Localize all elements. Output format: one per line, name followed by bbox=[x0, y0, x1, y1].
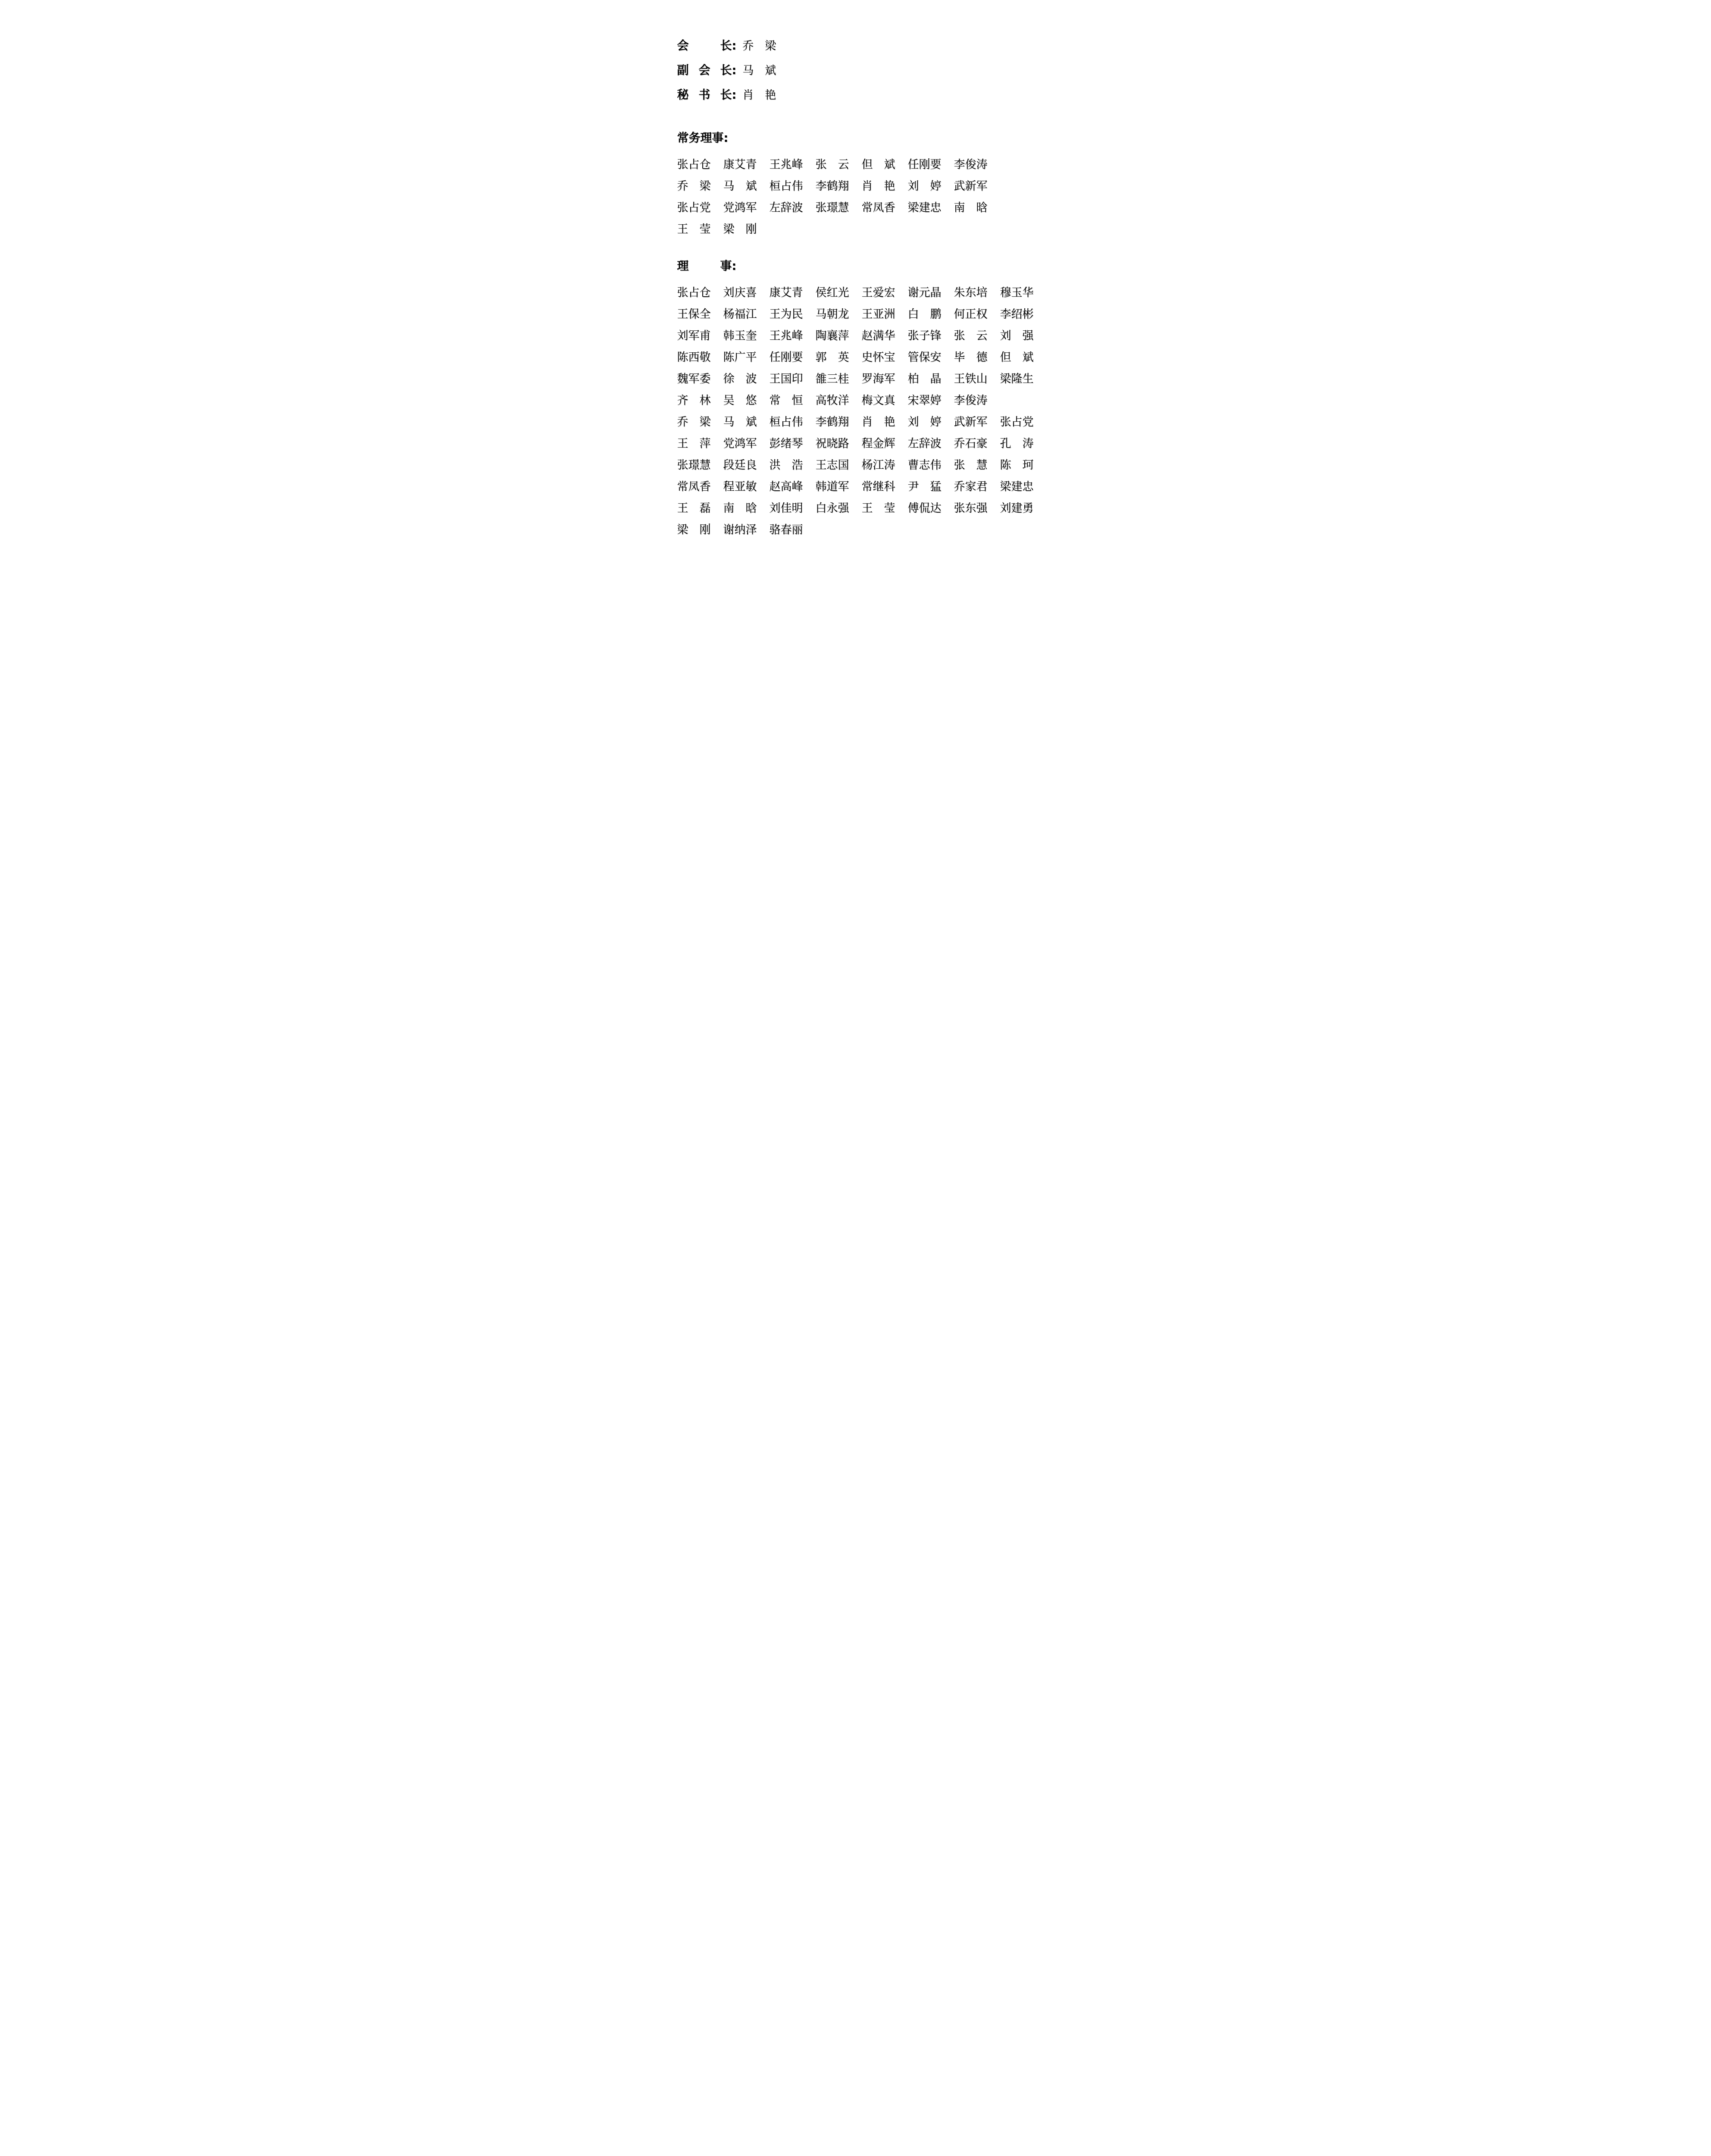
person-name: 徐 波 bbox=[723, 368, 757, 390]
person-name: 王 莹 bbox=[677, 219, 711, 240]
person-name: 张璟慧 bbox=[677, 454, 711, 476]
person-name: 穆玉华 bbox=[1000, 282, 1034, 304]
person-name: 武新军 bbox=[954, 411, 988, 433]
person-name: 齐 林 bbox=[677, 390, 711, 411]
heading-colon: : bbox=[732, 260, 736, 273]
standing-directors-section: 常务理事: 张占仓康艾青王兆峰张 云但 斌任刚要李俊涛乔 梁马 斌桓占伟李鹤翔肖… bbox=[677, 132, 1035, 240]
name-row: 齐 林吴 悠常 恒高牧洋梅文真宋翠婷李俊涛 bbox=[677, 390, 1035, 411]
person-name: 陈 珂 bbox=[1000, 454, 1034, 476]
person-name: 史怀宝 bbox=[862, 347, 895, 368]
person-name: 张璟慧 bbox=[816, 197, 849, 219]
person-name: 李俊涛 bbox=[954, 390, 988, 411]
person-name: 白 鹏 bbox=[908, 304, 942, 325]
name-row: 乔 梁马 斌桓占伟李鹤翔肖 艳刘 婷武新军张占党 bbox=[677, 411, 1035, 433]
person-name: 杨江涛 bbox=[862, 454, 895, 476]
person-name: 马 斌 bbox=[723, 175, 757, 197]
person-name: 武新军 bbox=[954, 175, 988, 197]
person-name: 王 萍 bbox=[677, 433, 711, 454]
person-name: 王爱宏 bbox=[862, 282, 895, 304]
person-name: 刘佳明 bbox=[769, 498, 803, 519]
officer-name: 马 斌 bbox=[742, 64, 776, 77]
person-name: 雒三桂 bbox=[816, 368, 849, 390]
person-name: 赵高峰 bbox=[769, 476, 803, 498]
person-name: 张占仓 bbox=[677, 282, 711, 304]
membership-roster-document: 会长:乔 梁 副会长:马 斌 秘书长:肖 艳 常务理事: 张占仓康艾青王兆峰张 … bbox=[642, 0, 1070, 605]
person-name: 党鸿军 bbox=[723, 197, 757, 219]
person-name: 张 云 bbox=[954, 325, 988, 347]
person-name: 刘军甫 bbox=[677, 325, 711, 347]
person-name: 张占党 bbox=[1000, 411, 1034, 433]
person-name: 任刚要 bbox=[769, 347, 803, 368]
person-name: 党鸿军 bbox=[723, 433, 757, 454]
name-row: 陈西敬陈广平任刚要郭 英史怀宝管保安毕 德但 斌 bbox=[677, 347, 1035, 368]
person-name: 祝晓路 bbox=[816, 433, 849, 454]
person-name: 刘庆喜 bbox=[723, 282, 757, 304]
officer-colon: : bbox=[732, 64, 736, 77]
officers-block: 会长:乔 梁 副会长:马 斌 秘书长:肖 艳 bbox=[677, 34, 1035, 108]
person-name: 孔 涛 bbox=[1000, 433, 1034, 454]
person-name: 程亚敏 bbox=[723, 476, 757, 498]
person-name: 马朝龙 bbox=[816, 304, 849, 325]
person-name: 曹志伟 bbox=[908, 454, 942, 476]
person-name: 刘建勇 bbox=[1000, 498, 1034, 519]
person-name: 刘 婷 bbox=[908, 411, 942, 433]
person-name: 常凤香 bbox=[862, 197, 895, 219]
person-name: 段廷良 bbox=[723, 454, 757, 476]
person-name: 张东强 bbox=[954, 498, 988, 519]
person-name: 张 云 bbox=[816, 154, 849, 175]
officer-colon: : bbox=[732, 39, 736, 53]
person-name: 南 晗 bbox=[723, 498, 757, 519]
person-name: 洪 浩 bbox=[769, 454, 803, 476]
name-row: 常凤香程亚敏赵高峰韩道军常继科尹 猛乔家君梁建忠 bbox=[677, 476, 1035, 498]
person-name: 吴 悠 bbox=[723, 390, 757, 411]
person-name: 谢元晶 bbox=[908, 282, 942, 304]
person-name: 梅文真 bbox=[862, 390, 895, 411]
person-name: 谢纳泽 bbox=[723, 519, 757, 541]
person-name: 张子锋 bbox=[908, 325, 942, 347]
heading-label: 常务理事 bbox=[677, 132, 724, 145]
person-name: 侯红光 bbox=[816, 282, 849, 304]
person-name: 常 恒 bbox=[769, 390, 803, 411]
person-name: 白永强 bbox=[816, 498, 849, 519]
person-name: 左辞波 bbox=[908, 433, 942, 454]
name-row: 王 磊南 晗刘佳明白永强王 莹傅侃达张东强刘建勇 bbox=[677, 498, 1035, 519]
person-name: 梁隆生 bbox=[1000, 368, 1034, 390]
person-name: 张占党 bbox=[677, 197, 711, 219]
standing-directors-heading: 常务理事: bbox=[677, 132, 1035, 144]
person-name: 王保全 bbox=[677, 304, 711, 325]
officer-title: 秘书长 bbox=[677, 84, 732, 107]
person-name: 程金辉 bbox=[862, 433, 895, 454]
person-name: 梁建忠 bbox=[1000, 476, 1034, 498]
person-name: 乔石豪 bbox=[954, 433, 988, 454]
name-row: 张占仓刘庆喜康艾青侯红光王爱宏谢元晶朱东培穆玉华 bbox=[677, 282, 1035, 304]
person-name: 韩玉奎 bbox=[723, 325, 757, 347]
person-name: 杨福江 bbox=[723, 304, 757, 325]
person-name: 李鹤翔 bbox=[816, 175, 849, 197]
name-row: 王 莹梁 刚 bbox=[677, 219, 1035, 240]
person-name: 陈广平 bbox=[723, 347, 757, 368]
person-name: 肖 艳 bbox=[862, 411, 895, 433]
person-name: 南 晗 bbox=[954, 197, 988, 219]
person-name: 常继科 bbox=[862, 476, 895, 498]
person-name: 王兆峰 bbox=[769, 154, 803, 175]
person-name: 尹 猛 bbox=[908, 476, 942, 498]
person-name: 王兆峰 bbox=[769, 325, 803, 347]
officer-title: 会长 bbox=[677, 34, 732, 58]
name-row: 魏军委徐 波王国印雒三桂罗海军柏 晶王铁山梁隆生 bbox=[677, 368, 1035, 390]
person-name: 但 斌 bbox=[862, 154, 895, 175]
person-name: 李鹤翔 bbox=[816, 411, 849, 433]
name-row: 张占党党鸿军左辞波张璟慧常凤香梁建忠南 晗 bbox=[677, 197, 1035, 219]
person-name: 任刚要 bbox=[908, 154, 942, 175]
person-name: 高牧洋 bbox=[816, 390, 849, 411]
officer-line-president: 会长:乔 梁 bbox=[677, 34, 1035, 59]
heading-label: 理事 bbox=[677, 260, 732, 272]
person-name: 王志国 bbox=[816, 454, 849, 476]
name-row: 梁 刚谢纳泽骆春丽 bbox=[677, 519, 1035, 541]
person-name: 何正权 bbox=[954, 304, 988, 325]
person-name: 管保安 bbox=[908, 347, 942, 368]
person-name: 刘 强 bbox=[1000, 325, 1034, 347]
person-name: 朱东培 bbox=[954, 282, 988, 304]
person-name: 韩道军 bbox=[816, 476, 849, 498]
person-name: 陈西敬 bbox=[677, 347, 711, 368]
officer-line-vice-president: 副会长:马 斌 bbox=[677, 59, 1035, 84]
person-name: 张占仓 bbox=[677, 154, 711, 175]
person-name: 但 斌 bbox=[1000, 347, 1034, 368]
name-row: 乔 梁马 斌桓占伟李鹤翔肖 艳刘 婷武新军 bbox=[677, 175, 1035, 197]
person-name: 宋翠婷 bbox=[908, 390, 942, 411]
person-name: 彭绪琴 bbox=[769, 433, 803, 454]
person-name: 柏 晶 bbox=[908, 368, 942, 390]
person-name: 陶襄萍 bbox=[816, 325, 849, 347]
person-name: 康艾青 bbox=[769, 282, 803, 304]
person-name: 王为民 bbox=[769, 304, 803, 325]
person-name: 王 莹 bbox=[862, 498, 895, 519]
person-name: 桓占伟 bbox=[769, 411, 803, 433]
person-name: 魏军委 bbox=[677, 368, 711, 390]
standing-directors-rows: 张占仓康艾青王兆峰张 云但 斌任刚要李俊涛乔 梁马 斌桓占伟李鹤翔肖 艳刘 婷武… bbox=[677, 154, 1035, 240]
person-name: 梁 刚 bbox=[723, 219, 757, 240]
person-name: 康艾青 bbox=[723, 154, 757, 175]
person-name: 骆春丽 bbox=[769, 519, 803, 541]
person-name: 王铁山 bbox=[954, 368, 988, 390]
directors-rows: 张占仓刘庆喜康艾青侯红光王爱宏谢元晶朱东培穆玉华王保全杨福江王为民马朝龙王亚洲白… bbox=[677, 282, 1035, 541]
officer-name: 肖 艳 bbox=[742, 89, 776, 102]
heading-colon: : bbox=[724, 132, 729, 145]
name-row: 张占仓康艾青王兆峰张 云但 斌任刚要李俊涛 bbox=[677, 154, 1035, 175]
name-row: 王保全杨福江王为民马朝龙王亚洲白 鹏何正权李绍彬 bbox=[677, 304, 1035, 325]
officer-line-secretary-general: 秘书长:肖 艳 bbox=[677, 84, 1035, 108]
person-name: 张 慧 bbox=[954, 454, 988, 476]
person-name: 桓占伟 bbox=[769, 175, 803, 197]
officer-colon: : bbox=[732, 88, 736, 102]
person-name: 刘 婷 bbox=[908, 175, 942, 197]
person-name: 马 斌 bbox=[723, 411, 757, 433]
person-name: 傅侃达 bbox=[908, 498, 942, 519]
person-name: 赵满华 bbox=[862, 325, 895, 347]
person-name: 梁 刚 bbox=[677, 519, 711, 541]
person-name: 罗海军 bbox=[862, 368, 895, 390]
person-name: 常凤香 bbox=[677, 476, 711, 498]
person-name: 乔 梁 bbox=[677, 411, 711, 433]
name-row: 王 萍党鸿军彭绪琴祝晓路程金辉左辞波乔石豪孔 涛 bbox=[677, 433, 1035, 454]
name-row: 张璟慧段廷良洪 浩王志国杨江涛曹志伟张 慧陈 珂 bbox=[677, 454, 1035, 476]
person-name: 肖 艳 bbox=[862, 175, 895, 197]
person-name: 王亚洲 bbox=[862, 304, 895, 325]
officer-title: 副会长 bbox=[677, 59, 732, 82]
person-name: 李绍彬 bbox=[1000, 304, 1034, 325]
person-name: 乔家君 bbox=[954, 476, 988, 498]
person-name: 左辞波 bbox=[769, 197, 803, 219]
directors-section: 理事: 张占仓刘庆喜康艾青侯红光王爱宏谢元晶朱东培穆玉华王保全杨福江王为民马朝龙… bbox=[677, 260, 1035, 541]
person-name: 毕 德 bbox=[954, 347, 988, 368]
name-row: 刘军甫韩玉奎王兆峰陶襄萍赵满华张子锋张 云刘 强 bbox=[677, 325, 1035, 347]
person-name: 梁建忠 bbox=[908, 197, 942, 219]
person-name: 郭 英 bbox=[816, 347, 849, 368]
person-name: 王国印 bbox=[769, 368, 803, 390]
officer-name: 乔 梁 bbox=[742, 40, 776, 53]
person-name: 王 磊 bbox=[677, 498, 711, 519]
directors-heading: 理事: bbox=[677, 260, 1035, 272]
person-name: 乔 梁 bbox=[677, 175, 711, 197]
person-name: 李俊涛 bbox=[954, 154, 988, 175]
